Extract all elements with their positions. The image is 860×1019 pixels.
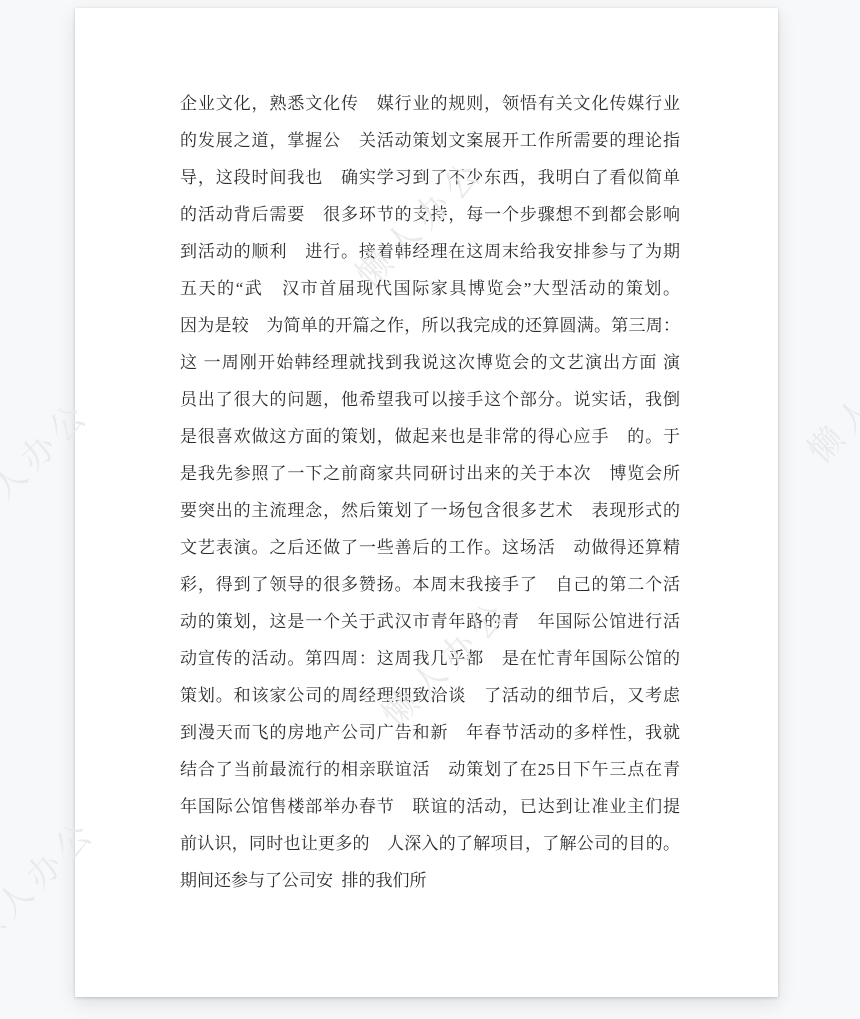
- text-line: 到漫天而飞的房地产公司广告和新 年春节活动的多样性，我就: [180, 714, 680, 751]
- text-line: 策划。和该家公司的周经理细致洽谈 了活动的细节后，又考虑: [180, 677, 680, 714]
- text-line: 文艺表演。之后还做了一些善后的工作。这场活 动做得还算精: [180, 529, 680, 566]
- text-line: 动的策划，这是一个关于武汉市青年路的青 年国际公馆进行活: [180, 603, 680, 640]
- text-line: 五天的“武 汉市首届现代国际家具博览会”大型活动的策划。: [180, 270, 680, 307]
- text-line: 员出了很大的问题，他希望我可以接手这个部分。说实话，我倒: [180, 381, 680, 418]
- text-line: 企业文化，熟悉文化传 媒行业的规则，领悟有关文化传媒行业: [180, 85, 680, 122]
- text-line: 前认识，同时也让更多的 人深入的了解项目，了解公司的目的。: [180, 825, 680, 862]
- text-line: 导，这段时间我也 确实学习到了不少东西，我明白了看似简单: [180, 159, 680, 196]
- watermark: 懒人办公: [795, 321, 860, 472]
- document-viewer: 企业文化，熟悉文化传 媒行业的规则，领悟有关文化传媒行业的发展之道，掌握公 关活…: [0, 0, 860, 1019]
- text-line: 因为是较 为简单的开篇之作，所以我完成的还算圆满。第三周：: [180, 307, 680, 344]
- text-line: 是很喜欢做这方面的策划，做起来也是非常的得心应手 的。于: [180, 418, 680, 455]
- document-text: 企业文化，熟悉文化传 媒行业的规则，领悟有关文化传媒行业的发展之道，掌握公 关活…: [180, 85, 680, 899]
- text-line: 到活动的顺利 进行。接着韩经理在这周末给我安排参与了为期: [180, 233, 680, 270]
- document-page[interactable]: 企业文化，熟悉文化传 媒行业的规则，领悟有关文化传媒行业的发展之道，掌握公 关活…: [75, 8, 778, 997]
- text-line: 动宣传的活动。第四周：这周我几乎都 是在忙青年国际公馆的: [180, 640, 680, 677]
- text-line: 的活动背后需要 很多环节的支持，每一个步骤想不到都会影响: [180, 196, 680, 233]
- text-line: 是我先参照了一下之前商家共同研讨出来的关于本次 博览会所: [180, 455, 680, 492]
- text-line: 的发展之道，掌握公 关活动策划文案展开工作所需要的理论指: [180, 122, 680, 159]
- text-line: 这 一周刚开始韩经理就找到我说这次博览会的文艺演出方面 演: [180, 344, 680, 381]
- text-line: 要突出的主流理念，然后策划了一场包含很多艺术 表现形式的: [180, 492, 680, 529]
- text-line: 彩，得到了领导的很多赞扬。本周末我接手了 自己的第二个活: [180, 566, 680, 603]
- text-line: 期间还参与了公司安 排的我们所: [180, 862, 680, 899]
- text-line: 结合了当前最流行的相亲联谊活 动策划了在25日下午三点在青: [180, 751, 680, 788]
- text-line: 年国际公馆售楼部举办春节 联谊的活动，已达到让准业主们提: [180, 788, 680, 825]
